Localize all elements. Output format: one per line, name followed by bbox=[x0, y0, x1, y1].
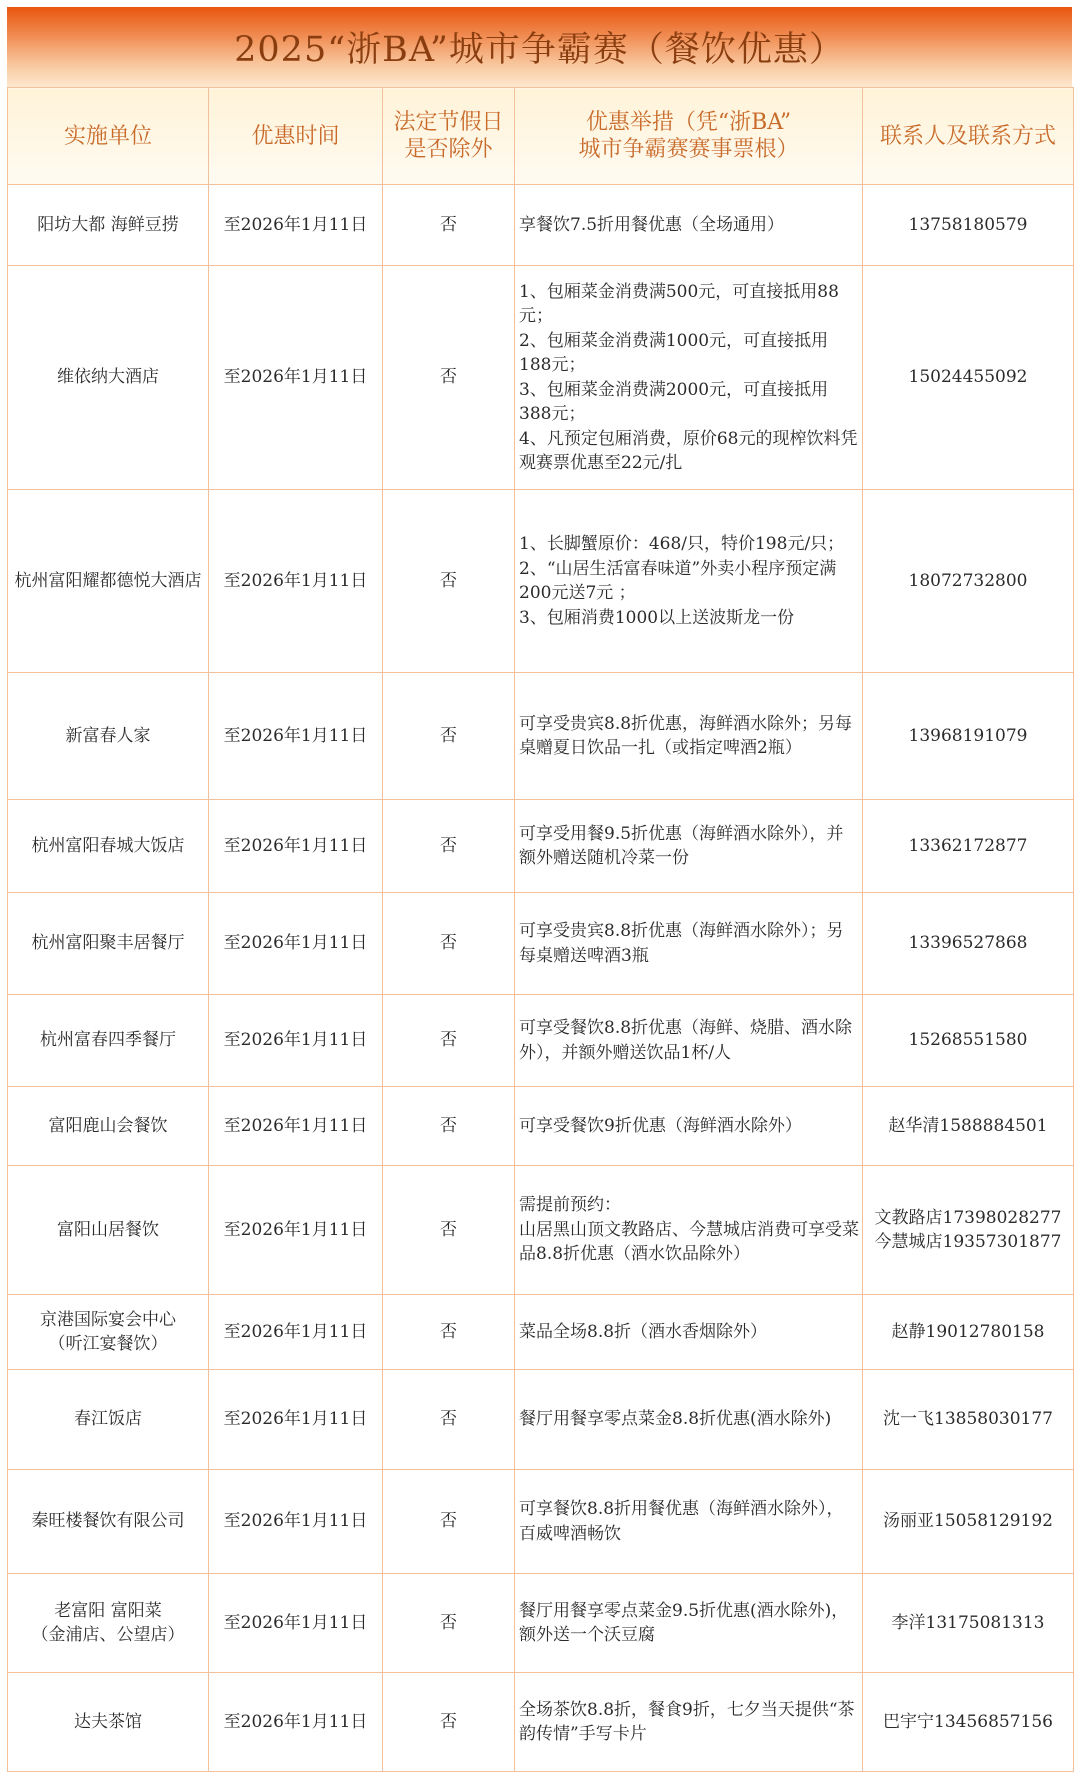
contact-cell-line: 巴宇宁13456857156 bbox=[863, 1710, 1073, 1735]
table-body: 阳坊大都 海鲜豆捞至2026年1月11日否享餐饮7.5折用餐优惠（全场通用）13… bbox=[8, 185, 1074, 1772]
offer-cell-line: 可享餐饮8.8折用餐优惠（海鲜酒水除外），百威啤酒畅饮 bbox=[519, 1497, 859, 1546]
table-row: 杭州富春四季餐厅至2026年1月11日否可享受餐饮8.8折优惠（海鲜、烧腊、酒水… bbox=[8, 995, 1074, 1087]
offer-cell-line: 山居黑山顶文教路店、今慧城店消费可享受菜品8.8折优惠（酒水饮品除外） bbox=[519, 1218, 859, 1267]
contact-cell: 13362172877 bbox=[863, 800, 1074, 893]
unit-cell: 达夫茶馆 bbox=[8, 1673, 209, 1772]
table-header-row: 实施单位 优惠时间 法定节假日 是否除外 优惠举措（凭“浙BA” 城市争霸赛赛事… bbox=[8, 88, 1074, 185]
unit-cell: 京港国际宴会中心（听江宴餐饮） bbox=[8, 1295, 209, 1370]
unit-cell: 老富阳 富阳菜（金浦店、公望店） bbox=[8, 1574, 209, 1673]
offer-cell: 1、长脚蟹原价：468/只，特价198元/只；2、“山居生活富春味道”外卖小程序… bbox=[515, 490, 863, 673]
header-offer: 优惠举措（凭“浙BA” 城市争霸赛赛事票根） bbox=[515, 88, 863, 185]
offer-cell-line: 可享受餐饮8.8折优惠（海鲜、烧腊、酒水除外），并额外赠送饮品1杯/人 bbox=[519, 1016, 859, 1065]
unit-cell: 杭州富阳聚丰居餐厅 bbox=[8, 893, 209, 995]
header-time: 优惠时间 bbox=[209, 88, 383, 185]
offer-cell: 需提前预约：山居黑山顶文教路店、今慧城店消费可享受菜品8.8折优惠（酒水饮品除外… bbox=[515, 1166, 863, 1295]
header-holiday-line2: 是否除外 bbox=[383, 136, 514, 163]
offer-cell: 可享受贵宾8.8折优惠（海鲜酒水除外）；另每桌赠送啤酒3瓶 bbox=[515, 893, 863, 995]
header-contact: 联系人及联系方式 bbox=[863, 88, 1074, 185]
table-row: 春江饭店至2026年1月11日否餐厅用餐享零点菜金8.8折优惠(酒水除外)沈一飞… bbox=[8, 1370, 1074, 1470]
time-cell: 至2026年1月11日 bbox=[209, 266, 383, 490]
page-title: 2025“浙BA”城市争霸赛（餐饮优惠） bbox=[234, 22, 845, 72]
contact-cell-line: 15024455092 bbox=[863, 365, 1073, 390]
unit-cell-line: 新富春人家 bbox=[8, 724, 208, 749]
unit-cell: 阳坊大都 海鲜豆捞 bbox=[8, 185, 209, 266]
contact-cell-line: 赵静19012780158 bbox=[863, 1320, 1073, 1345]
table-row: 杭州富阳耀都德悦大酒店至2026年1月11日否1、长脚蟹原价：468/只，特价1… bbox=[8, 490, 1074, 673]
holiday-cell: 否 bbox=[383, 1087, 515, 1166]
holiday-cell: 否 bbox=[383, 266, 515, 490]
holiday-cell: 否 bbox=[383, 995, 515, 1087]
offer-cell: 可享受用餐9.5折优惠（海鲜酒水除外），并额外赠送随机冷菜一份 bbox=[515, 800, 863, 893]
table-row: 杭州富阳聚丰居餐厅至2026年1月11日否可享受贵宾8.8折优惠（海鲜酒水除外）… bbox=[8, 893, 1074, 995]
offer-cell-line: 3、包厢消费1000以上送波斯龙一份 bbox=[519, 606, 859, 631]
contact-cell: 李洋13175081313 bbox=[863, 1574, 1074, 1673]
title-banner: 2025“浙BA”城市争霸赛（餐饮优惠） bbox=[7, 7, 1072, 87]
offer-cell-line: 3、包厢菜金消费满2000元，可直接抵用388元； bbox=[519, 378, 859, 427]
dining-offers-table: 实施单位 优惠时间 法定节假日 是否除外 优惠举措（凭“浙BA” 城市争霸赛赛事… bbox=[7, 87, 1074, 1772]
time-cell: 至2026年1月11日 bbox=[209, 490, 383, 673]
holiday-cell: 否 bbox=[383, 800, 515, 893]
contact-cell-line: 李洋13175081313 bbox=[863, 1611, 1073, 1636]
contact-cell: 沈一飞13858030177 bbox=[863, 1370, 1074, 1470]
holiday-cell: 否 bbox=[383, 490, 515, 673]
contact-cell-line: 13758180579 bbox=[863, 213, 1073, 238]
offer-cell: 餐厅用餐享零点菜金8.8折优惠(酒水除外) bbox=[515, 1370, 863, 1470]
time-cell: 至2026年1月11日 bbox=[209, 800, 383, 893]
contact-cell: 赵华清1588884501 bbox=[863, 1087, 1074, 1166]
contact-cell: 13758180579 bbox=[863, 185, 1074, 266]
unit-cell: 杭州富春四季餐厅 bbox=[8, 995, 209, 1087]
unit-cell-line: 杭州富春四季餐厅 bbox=[8, 1028, 208, 1053]
offer-cell-line: 可享受贵宾8.8折优惠，海鲜酒水除外；另每桌赠夏日饮品一扎（或指定啤酒2瓶） bbox=[519, 712, 859, 761]
unit-cell-line: （金浦店、公望店） bbox=[8, 1623, 208, 1648]
unit-cell-line: 富阳鹿山会餐饮 bbox=[8, 1114, 208, 1139]
unit-cell-line: （听江宴餐饮） bbox=[8, 1332, 208, 1357]
table-row: 新富春人家至2026年1月11日否可享受贵宾8.8折优惠，海鲜酒水除外；另每桌赠… bbox=[8, 673, 1074, 800]
offer-cell-line: 4、凡预定包厢消费，原价68元的现榨饮料凭观赛票优惠至22元/扎 bbox=[519, 427, 859, 476]
unit-cell: 富阳山居餐饮 bbox=[8, 1166, 209, 1295]
offer-cell: 菜品全场8.8折（酒水香烟除外） bbox=[515, 1295, 863, 1370]
time-cell: 至2026年1月11日 bbox=[209, 1166, 383, 1295]
contact-cell: 文教路店17398028277今慧城店19357301877 bbox=[863, 1166, 1074, 1295]
contact-cell-line: 18072732800 bbox=[863, 569, 1073, 594]
unit-cell-line: 京港国际宴会中心 bbox=[8, 1308, 208, 1333]
time-cell: 至2026年1月11日 bbox=[209, 995, 383, 1087]
unit-cell: 维依纳大酒店 bbox=[8, 266, 209, 490]
holiday-cell: 否 bbox=[383, 1166, 515, 1295]
unit-cell: 杭州富阳春城大饭店 bbox=[8, 800, 209, 893]
contact-cell: 赵静19012780158 bbox=[863, 1295, 1074, 1370]
offer-cell-line: 可享受贵宾8.8折优惠（海鲜酒水除外）；另每桌赠送啤酒3瓶 bbox=[519, 919, 859, 968]
contact-cell: 汤丽亚15058129192 bbox=[863, 1470, 1074, 1574]
time-cell: 至2026年1月11日 bbox=[209, 673, 383, 800]
unit-cell: 新富春人家 bbox=[8, 673, 209, 800]
offer-cell-line: 餐厅用餐享零点菜金8.8折优惠(酒水除外) bbox=[519, 1407, 859, 1432]
holiday-cell: 否 bbox=[383, 1673, 515, 1772]
offer-cell-line: 1、长脚蟹原价：468/只，特价198元/只； bbox=[519, 532, 859, 557]
contact-cell: 15024455092 bbox=[863, 266, 1074, 490]
offer-cell-line: 享餐饮7.5折用餐优惠（全场通用） bbox=[519, 213, 859, 238]
offer-cell: 全场茶饮8.8折，餐食9折，七夕当天提供“茶韵传情”手写卡片 bbox=[515, 1673, 863, 1772]
contact-cell-line: 赵华清1588884501 bbox=[863, 1114, 1073, 1139]
unit-cell-line: 老富阳 富阳菜 bbox=[8, 1599, 208, 1624]
time-cell: 至2026年1月11日 bbox=[209, 893, 383, 995]
offer-cell: 1、包厢菜金消费满500元，可直接抵用88元；2、包厢菜金消费满1000元，可直… bbox=[515, 266, 863, 490]
contact-cell: 13396527868 bbox=[863, 893, 1074, 995]
offer-cell: 可享餐饮8.8折用餐优惠（海鲜酒水除外），百威啤酒畅饮 bbox=[515, 1470, 863, 1574]
header-offer-line1: 优惠举措（凭“浙BA” bbox=[515, 109, 862, 136]
offer-cell-line: 1、包厢菜金消费满500元，可直接抵用88元； bbox=[519, 280, 859, 329]
offer-cell-line: 可享受餐饮9折优惠（海鲜酒水除外） bbox=[519, 1114, 859, 1139]
contact-cell-line: 沈一飞13858030177 bbox=[863, 1407, 1073, 1432]
time-cell: 至2026年1月11日 bbox=[209, 1673, 383, 1772]
contact-cell-line: 13968191079 bbox=[863, 724, 1073, 749]
offer-cell-line: 2、包厢菜金消费满1000元，可直接抵用188元； bbox=[519, 329, 859, 378]
holiday-cell: 否 bbox=[383, 673, 515, 800]
unit-cell-line: 秦旺楼餐饮有限公司 bbox=[8, 1509, 208, 1534]
table-row: 富阳山居餐饮至2026年1月11日否需提前预约：山居黑山顶文教路店、今慧城店消费… bbox=[8, 1166, 1074, 1295]
header-offer-line2: 城市争霸赛赛事票根） bbox=[515, 136, 862, 163]
table-row: 阳坊大都 海鲜豆捞至2026年1月11日否享餐饮7.5折用餐优惠（全场通用）13… bbox=[8, 185, 1074, 266]
unit-cell-line: 春江饭店 bbox=[8, 1407, 208, 1432]
offer-cell-line: 全场茶饮8.8折，餐食9折，七夕当天提供“茶韵传情”手写卡片 bbox=[519, 1698, 859, 1747]
table-row: 维依纳大酒店至2026年1月11日否1、包厢菜金消费满500元，可直接抵用88元… bbox=[8, 266, 1074, 490]
time-cell: 至2026年1月11日 bbox=[209, 1295, 383, 1370]
holiday-cell: 否 bbox=[383, 893, 515, 995]
unit-cell: 杭州富阳耀都德悦大酒店 bbox=[8, 490, 209, 673]
unit-cell: 秦旺楼餐饮有限公司 bbox=[8, 1470, 209, 1574]
offer-cell-line: 餐厅用餐享零点菜金9.5折优惠(酒水除外)，额外送一个沃豆腐 bbox=[519, 1599, 859, 1648]
offer-cell: 可享受餐饮9折优惠（海鲜酒水除外） bbox=[515, 1087, 863, 1166]
table-row: 富阳鹿山会餐饮至2026年1月11日否可享受餐饮9折优惠（海鲜酒水除外）赵华清1… bbox=[8, 1087, 1074, 1166]
table-row: 达夫茶馆至2026年1月11日否全场茶饮8.8折，餐食9折，七夕当天提供“茶韵传… bbox=[8, 1673, 1074, 1772]
contact-cell-line: 汤丽亚15058129192 bbox=[863, 1509, 1073, 1534]
contact-cell-line: 15268551580 bbox=[863, 1028, 1073, 1053]
offer-cell-line: 菜品全场8.8折（酒水香烟除外） bbox=[519, 1320, 859, 1345]
unit-cell-line: 维依纳大酒店 bbox=[8, 365, 208, 390]
time-cell: 至2026年1月11日 bbox=[209, 185, 383, 266]
unit-cell-line: 杭州富阳聚丰居餐厅 bbox=[8, 931, 208, 956]
offer-cell-line: 2、“山居生活富春味道”外卖小程序预定满200元送7元 ； bbox=[519, 557, 859, 606]
time-cell: 至2026年1月11日 bbox=[209, 1370, 383, 1470]
contact-cell-line: 13362172877 bbox=[863, 834, 1073, 859]
table-row: 老富阳 富阳菜（金浦店、公望店）至2026年1月11日否餐厅用餐享零点菜金9.5… bbox=[8, 1574, 1074, 1673]
unit-cell: 春江饭店 bbox=[8, 1370, 209, 1470]
holiday-cell: 否 bbox=[383, 185, 515, 266]
header-holiday: 法定节假日 是否除外 bbox=[383, 88, 515, 185]
table-row: 杭州富阳春城大饭店至2026年1月11日否可享受用餐9.5折优惠（海鲜酒水除外）… bbox=[8, 800, 1074, 893]
holiday-cell: 否 bbox=[383, 1574, 515, 1673]
offer-cell: 享餐饮7.5折用餐优惠（全场通用） bbox=[515, 185, 863, 266]
holiday-cell: 否 bbox=[383, 1370, 515, 1470]
contact-cell-line: 今慧城店19357301877 bbox=[863, 1230, 1073, 1255]
holiday-cell: 否 bbox=[383, 1295, 515, 1370]
unit-cell-line: 杭州富阳春城大饭店 bbox=[8, 834, 208, 859]
time-cell: 至2026年1月11日 bbox=[209, 1574, 383, 1673]
table-row: 秦旺楼餐饮有限公司至2026年1月11日否可享餐饮8.8折用餐优惠（海鲜酒水除外… bbox=[8, 1470, 1074, 1574]
time-cell: 至2026年1月11日 bbox=[209, 1087, 383, 1166]
contact-cell-line: 13396527868 bbox=[863, 931, 1073, 956]
header-holiday-line1: 法定节假日 bbox=[383, 109, 514, 136]
unit-cell-line: 富阳山居餐饮 bbox=[8, 1218, 208, 1243]
unit-cell-line: 阳坊大都 海鲜豆捞 bbox=[8, 213, 208, 238]
offer-cell-line: 需提前预约： bbox=[519, 1193, 859, 1218]
unit-cell-line: 达夫茶馆 bbox=[8, 1710, 208, 1735]
unit-cell-line: 杭州富阳耀都德悦大酒店 bbox=[8, 569, 208, 594]
contact-cell: 巴宇宁13456857156 bbox=[863, 1673, 1074, 1772]
offer-cell: 餐厅用餐享零点菜金9.5折优惠(酒水除外)，额外送一个沃豆腐 bbox=[515, 1574, 863, 1673]
offer-cell: 可享受贵宾8.8折优惠，海鲜酒水除外；另每桌赠夏日饮品一扎（或指定啤酒2瓶） bbox=[515, 673, 863, 800]
time-cell: 至2026年1月11日 bbox=[209, 1470, 383, 1574]
unit-cell: 富阳鹿山会餐饮 bbox=[8, 1087, 209, 1166]
contact-cell: 13968191079 bbox=[863, 673, 1074, 800]
contact-cell: 15268551580 bbox=[863, 995, 1074, 1087]
contact-cell: 18072732800 bbox=[863, 490, 1074, 673]
table-row: 京港国际宴会中心（听江宴餐饮）至2026年1月11日否菜品全场8.8折（酒水香烟… bbox=[8, 1295, 1074, 1370]
header-unit: 实施单位 bbox=[8, 88, 209, 185]
contact-cell-line: 文教路店17398028277 bbox=[863, 1206, 1073, 1231]
holiday-cell: 否 bbox=[383, 1470, 515, 1574]
offer-cell: 可享受餐饮8.8折优惠（海鲜、烧腊、酒水除外），并额外赠送饮品1杯/人 bbox=[515, 995, 863, 1087]
offer-cell-line: 可享受用餐9.5折优惠（海鲜酒水除外），并额外赠送随机冷菜一份 bbox=[519, 822, 859, 871]
